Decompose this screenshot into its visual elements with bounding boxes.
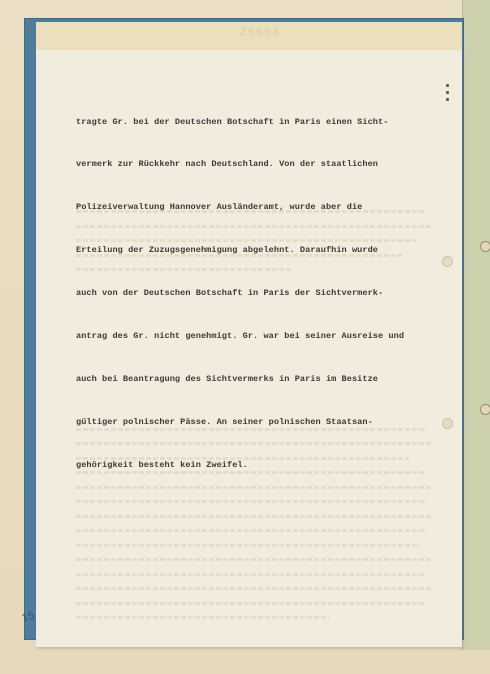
green-folder	[462, 0, 490, 650]
archive-number: 25653	[240, 26, 281, 38]
text-line: vermerk zur Rückkehr nach Deutschland. V…	[76, 157, 446, 171]
margin-mark	[446, 80, 450, 116]
bleed-through-text	[76, 210, 438, 631]
text-line: tragte Gr. bei der Deutschen Botschaft i…	[76, 115, 446, 129]
punch-hole-icon	[480, 241, 490, 252]
punch-hole-icon	[480, 404, 490, 415]
document-page: tragte Gr. bei der Deutschen Botschaft i…	[36, 50, 462, 647]
